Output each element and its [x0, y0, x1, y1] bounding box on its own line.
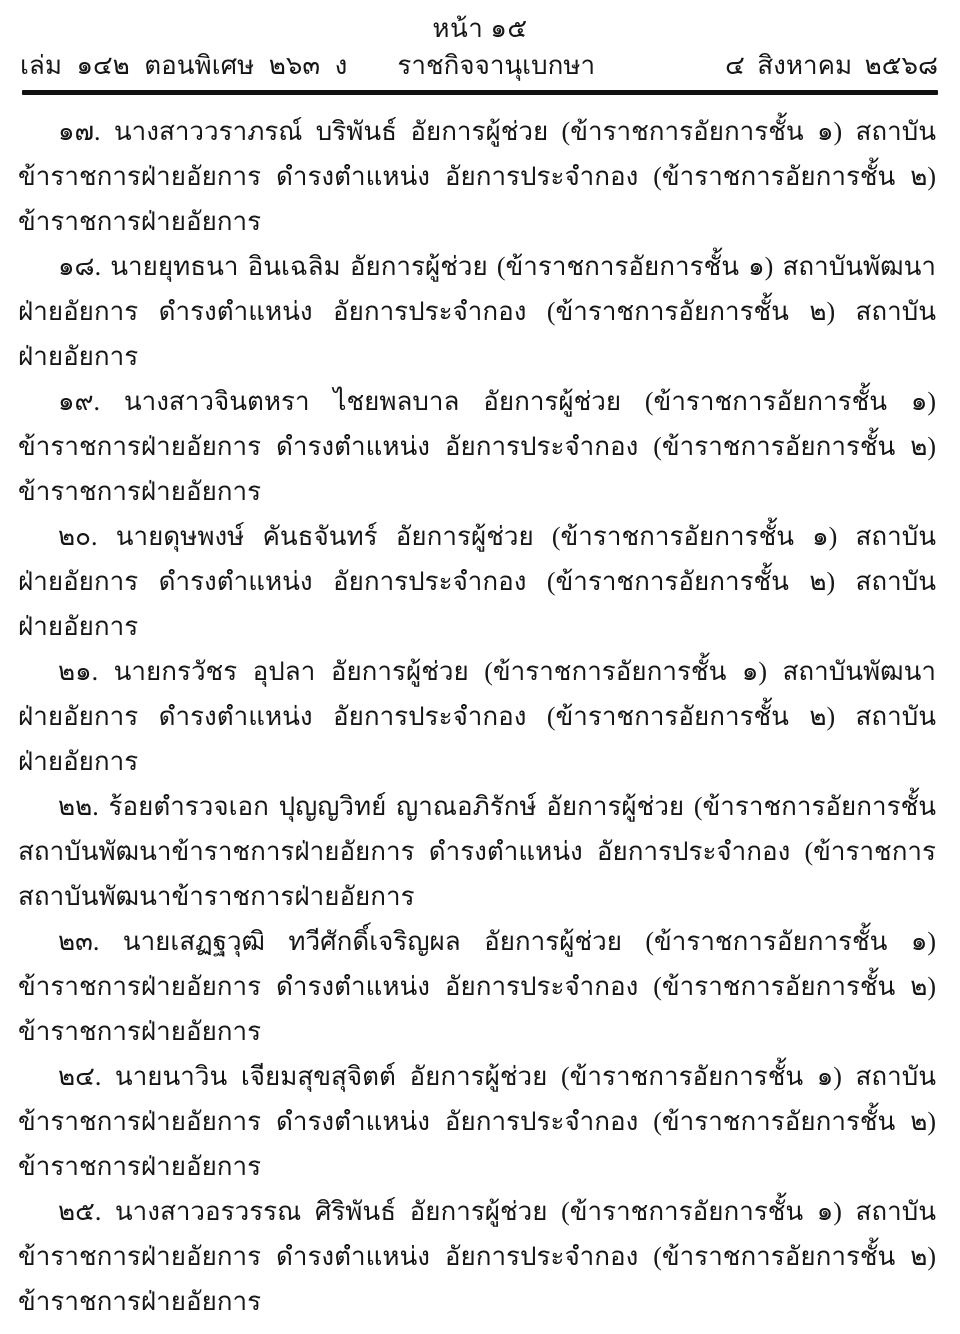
- entry-line: ฝ่ายอัยการ: [18, 739, 936, 784]
- volume-info: เล่ม ๑๔๒ ตอนพิเศษ ๒๖๓ ง: [20, 48, 347, 84]
- entry-line: ข้าราชการฝ่ายอัยการ: [18, 199, 936, 244]
- entry-line: ข้าราชการฝ่ายอัยการ ดำรงตำแหน่ง อัยการปร…: [18, 1099, 936, 1144]
- gazette-title: ราชกิจจานุเบกษา: [307, 48, 685, 84]
- entry-line: ข้าราชการฝ่ายอัยการ ดำรงตำแหน่ง อัยการปร…: [18, 154, 936, 199]
- entry-line: สถาบันพัฒนาข้าราชการฝ่ายอัยการ: [18, 874, 936, 919]
- appointment-entry-21: ๒๑. นายกรวัชร อุปลา อัยการผู้ช่วย (ข้ารา…: [18, 649, 936, 784]
- issue-date: ๔ สิงหาคม ๒๕๖๘: [725, 48, 938, 84]
- appointment-entry-17: ๑๗. นางสาววราภรณ์ บริพันธ์ อัยการผู้ช่วย…: [18, 109, 936, 244]
- entry-line: ๒๑. นายกรวัชร อุปลา อัยการผู้ช่วย (ข้ารา…: [18, 649, 936, 694]
- entry-line: ข้าราชการฝ่ายอัยการ: [18, 1009, 936, 1054]
- entry-line: ๑๗. นางสาววราภรณ์ บริพันธ์ อัยการผู้ช่วย…: [18, 109, 936, 154]
- entry-line: ๑๘. นายยุทธนา อินเฉลิม อัยการผู้ช่วย (ข้…: [18, 244, 936, 289]
- entry-line: สถาบันพัฒนาข้าราชการฝ่ายอัยการ ดำรงตำแหน…: [18, 829, 936, 874]
- entry-line: ๒๒. ร้อยตำรวจเอก ปุญญวิทย์ ญาณอภิรักษ์ อ…: [18, 784, 936, 829]
- appointment-entry-25: ๒๕. นางสาวอรวรรณ ศิริพันธ์ อัยการผู้ช่วย…: [18, 1189, 936, 1324]
- entry-line: ฝ่ายอัยการ: [18, 334, 936, 379]
- entry-line: ฝ่ายอัยการ: [18, 604, 936, 649]
- appointment-entry-22: ๒๒. ร้อยตำรวจเอก ปุญญวิทย์ ญาณอภิรักษ์ อ…: [18, 784, 936, 919]
- entry-line: ข้าราชการฝ่ายอัยการ: [18, 1144, 936, 1189]
- entry-line: ข้าราชการฝ่ายอัยการ: [18, 1279, 936, 1324]
- entry-line: ฝ่ายอัยการ ดำรงตำแหน่ง อัยการประจำกอง (ข…: [18, 694, 936, 739]
- masthead-row: เล่ม ๑๔๒ ตอนพิเศษ ๒๖๓ ง ราชกิจจานุเบกษา …: [0, 46, 960, 84]
- page-header: หน้า ๑๕ เล่ม ๑๔๒ ตอนพิเศษ ๒๖๓ ง ราชกิจจา…: [0, 0, 960, 95]
- entry-line: ๒๔. นายนาวิน เจียมสุขสุจิตต์ อัยการผู้ช่…: [18, 1054, 936, 1099]
- entry-line: ๒๕. นางสาวอรวรรณ ศิริพันธ์ อัยการผู้ช่วย…: [18, 1189, 936, 1234]
- entry-line: ข้าราชการฝ่ายอัยการ: [18, 469, 936, 514]
- entry-line: ข้าราชการฝ่ายอัยการ ดำรงตำแหน่ง อัยการปร…: [18, 424, 936, 469]
- entry-line: ข้าราชการฝ่ายอัยการ ดำรงตำแหน่ง อัยการปร…: [18, 1234, 936, 1279]
- appointment-entry-19: ๑๙. นางสาวจินตหรา ไชยพลบาล อัยการผู้ช่วย…: [18, 379, 936, 514]
- entry-line: ๑๙. นางสาวจินตหรา ไชยพลบาล อัยการผู้ช่วย…: [18, 379, 936, 424]
- appointment-entry-23: ๒๓. นายเสฏฐวุฒิ ทวีศักดิ์เจริญผล อัยการผ…: [18, 919, 936, 1054]
- appointment-entry-24: ๒๔. นายนาวิน เจียมสุขสุจิตต์ อัยการผู้ช่…: [18, 1054, 936, 1189]
- entry-line: ฝ่ายอัยการ ดำรงตำแหน่ง อัยการประจำกอง (ข…: [18, 289, 936, 334]
- appointment-entry-18: ๑๘. นายยุทธนา อินเฉลิม อัยการผู้ช่วย (ข้…: [18, 244, 936, 379]
- entry-line: ข้าราชการฝ่ายอัยการ ดำรงตำแหน่ง อัยการปร…: [18, 964, 936, 1009]
- document-body: ๑๗. นางสาววราภรณ์ บริพันธ์ อัยการผู้ช่วย…: [0, 95, 960, 1324]
- entry-line: ๒๓. นายเสฏฐวุฒิ ทวีศักดิ์เจริญผล อัยการผ…: [18, 919, 936, 964]
- entry-line: ฝ่ายอัยการ ดำรงตำแหน่ง อัยการประจำกอง (ข…: [18, 559, 936, 604]
- appointment-entry-20: ๒๐. นายดุษพงษ์ คันธจันทร์ อัยการผู้ช่วย …: [18, 514, 936, 649]
- entry-line: ๒๐. นายดุษพงษ์ คันธจันทร์ อัยการผู้ช่วย …: [18, 514, 936, 559]
- gazette-page: หน้า ๑๕ เล่ม ๑๔๒ ตอนพิเศษ ๒๖๓ ง ราชกิจจา…: [0, 0, 960, 1334]
- page-number: หน้า ๑๕: [0, 12, 960, 46]
